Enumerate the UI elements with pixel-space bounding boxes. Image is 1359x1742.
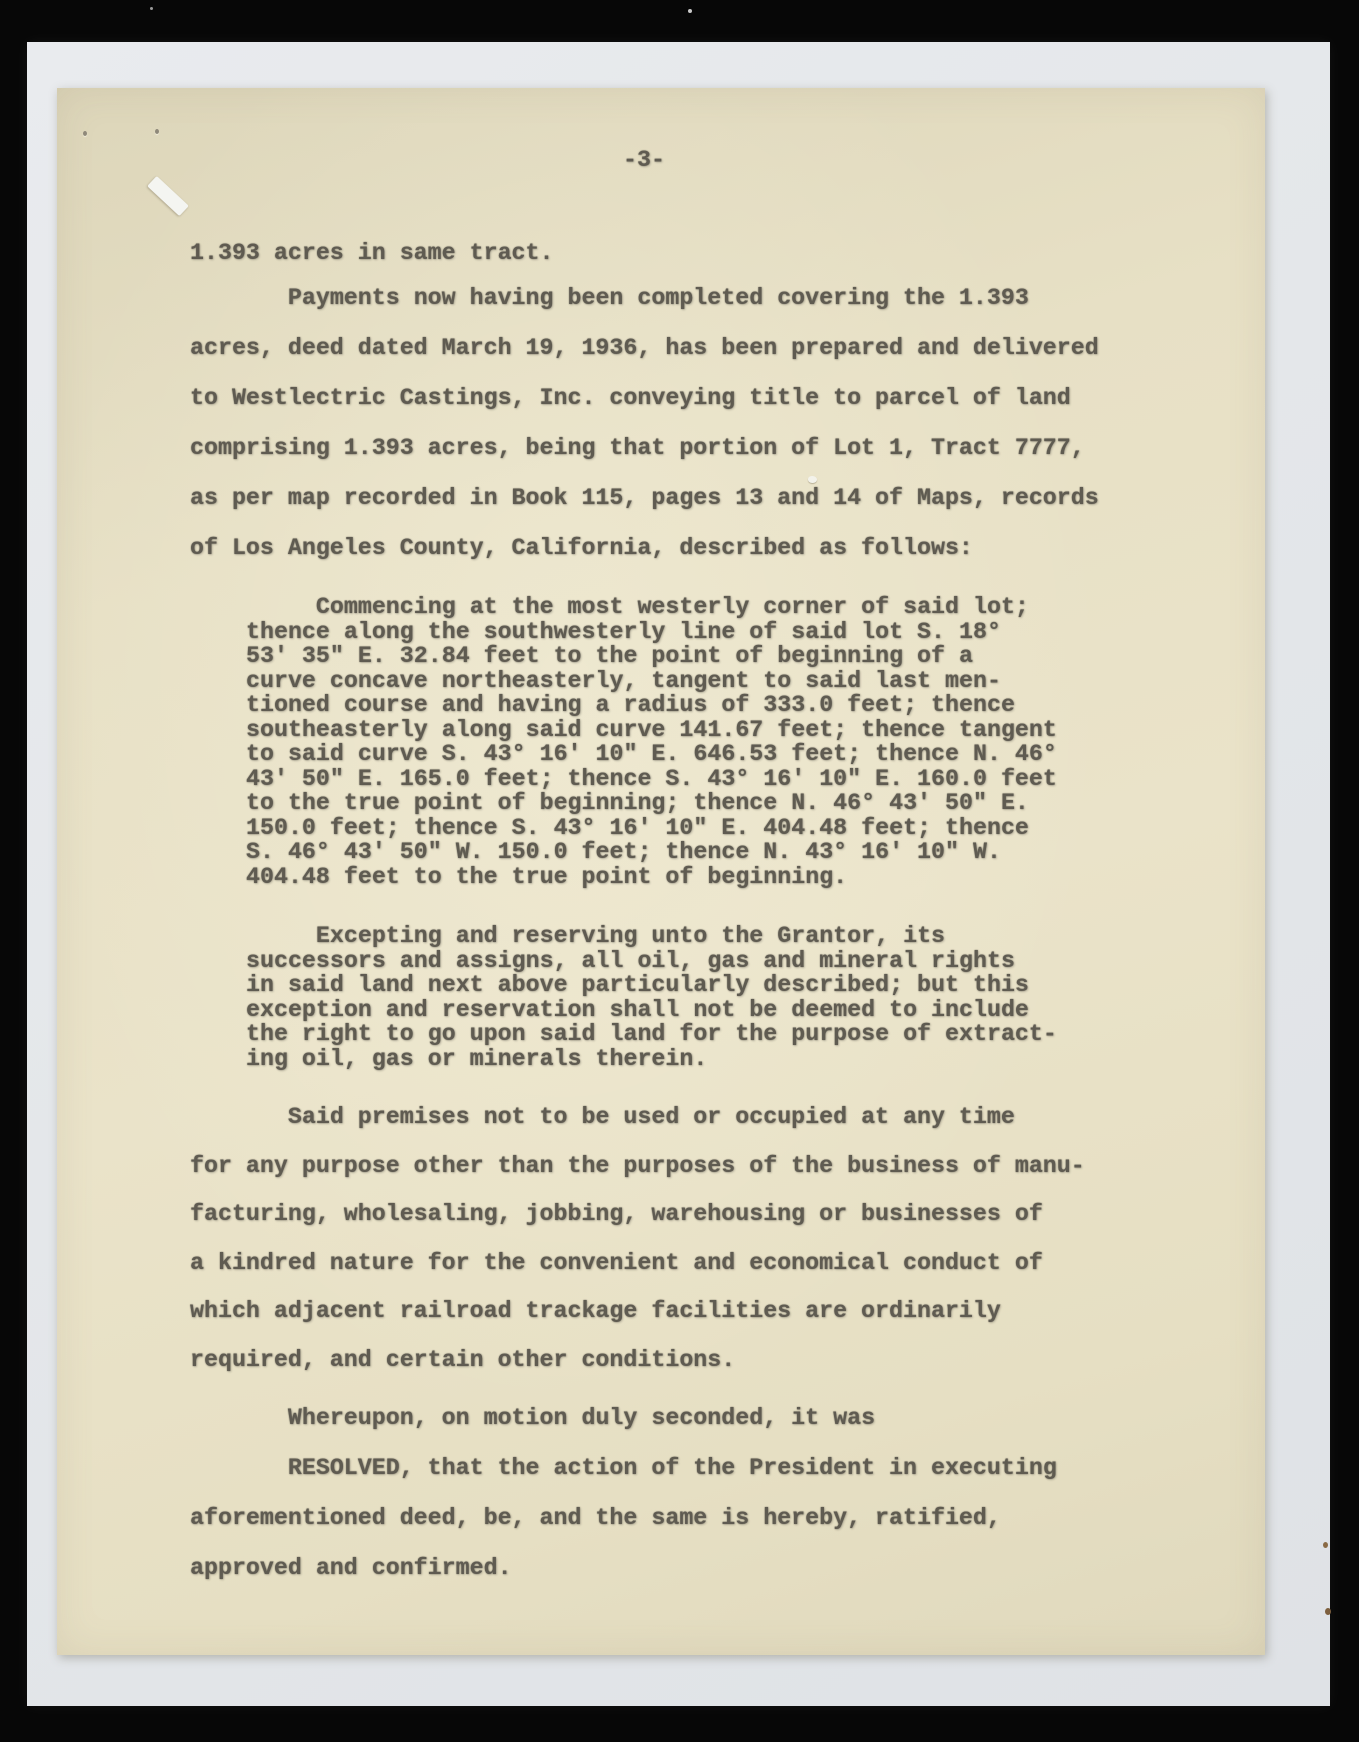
dust-speck [150,7,153,10]
scanned-document-background: -3- 1.393 acres in same tract. Payments … [0,0,1359,1742]
legal-description-block: Commencing at the most westerly corner o… [246,595,1146,889]
paragraph-payments: Payments now having been completed cover… [190,273,1180,573]
dust-speck [688,9,692,13]
page-number: -3- [623,148,665,172]
paragraph-use-restriction: Said premises not to be used or occupied… [190,1093,1180,1384]
pinhole [155,129,159,134]
photo-backing-paper: -3- 1.393 acres in same tract. Payments … [27,42,1330,1706]
paragraph-continuation-line: 1.393 acres in same tract. [190,228,1180,278]
pinhole [83,131,87,136]
paper-tear-mark [147,176,189,216]
mineral-rights-exception-block: Excepting and reserving unto the Grantor… [246,924,1146,1071]
stain-speck [1325,1608,1331,1615]
paragraph-resolution: Whereupon, on motion duly seconded, it w… [190,1393,1180,1593]
document-page: -3- 1.393 acres in same tract. Payments … [57,88,1265,1655]
stain-speck [1323,1542,1328,1548]
